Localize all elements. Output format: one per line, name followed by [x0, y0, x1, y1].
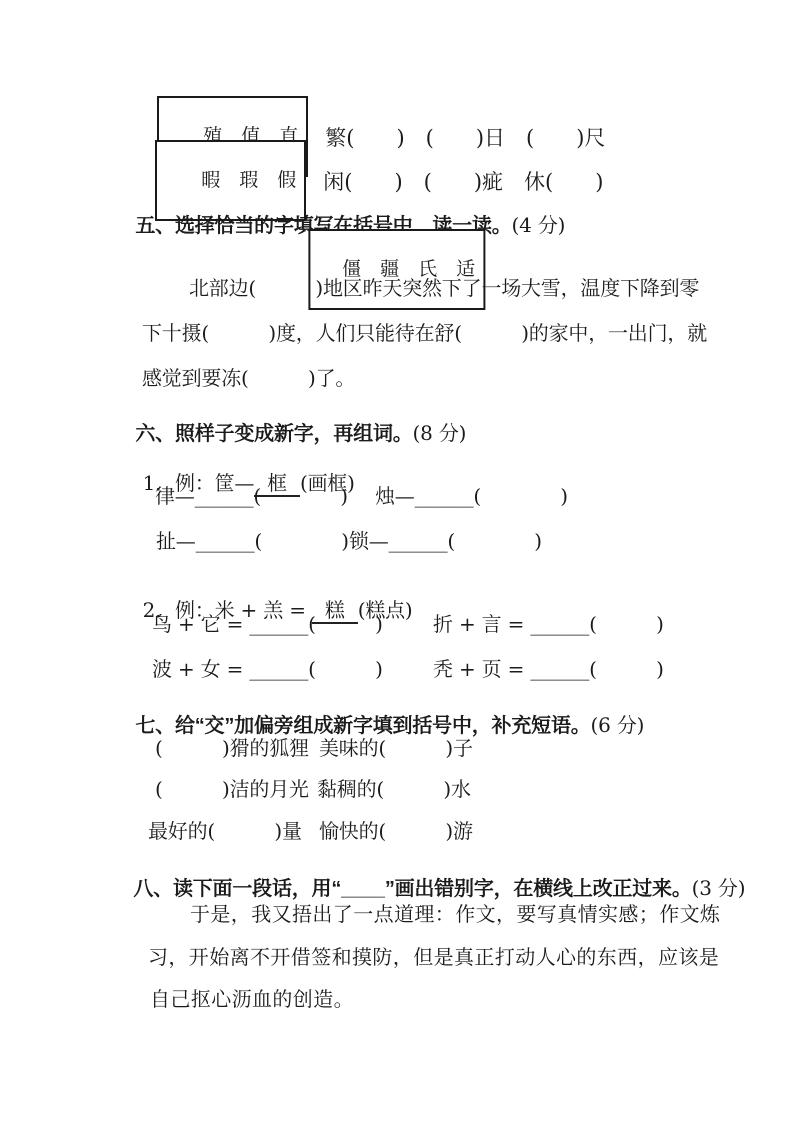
- section-points: (3 分): [692, 876, 746, 900]
- worksheet-page: 殖 值 直 繁( ) ( )日 ( )尺 暇 瑕 假 闲( ) ( )疵 休( …: [0, 0, 793, 1122]
- handwritten-line: 自己抠心沥血的创造。: [150, 983, 354, 1012]
- section-points: (6 分): [591, 713, 645, 737]
- handwritten-line: 于是，我又捂出了一点道理：作文，要写真情实感；作文炼: [190, 898, 720, 927]
- fill-blank-cell: 鸟 + 它 = ______( ): [152, 609, 383, 639]
- fill-blank-cell: 波 + 女 = ______( ): [152, 654, 383, 684]
- phrase-cell: 黏稠的( )水: [317, 774, 471, 804]
- section-points: (8 分): [413, 421, 467, 445]
- phrase-cell: ( )猾的狐狸: [155, 733, 309, 763]
- phrase-cell: ( )洁的月光: [155, 774, 309, 804]
- fill-blank-cell: 锁—______( ): [349, 526, 542, 556]
- phrase-cell: 美味的( )子: [319, 733, 473, 763]
- fill-blank-cell: 烛—______( ): [375, 481, 568, 511]
- paragraph-line: 北部边( )地区昨天突然下了一场大雪，温度下降到零: [189, 273, 699, 303]
- fill-blank-cell: 扯—______( ): [156, 526, 349, 556]
- paragraph-line: 感觉到要冻( )了。: [142, 363, 355, 393]
- section-title: 八、读下面一段话，用“____”画出错别字，在横线上改正过来。: [133, 878, 691, 900]
- fill-blank-cell: 折 + 言 = ______( ): [433, 609, 664, 639]
- fill-blank-cell: 秃 + 页 = ______( ): [433, 654, 664, 684]
- paragraph-line: 下十摄( )度，人们只能待在舒( )的家中，一出门，就: [142, 318, 707, 348]
- choice-characters: 暇 瑕 假: [201, 169, 296, 191]
- phrase-cell: 愉快的( )游: [319, 816, 473, 846]
- fill-blank-cell: 律—______( ): [155, 481, 348, 511]
- phrase-cell: 最好的( )量: [148, 816, 302, 846]
- section-points: (4 分): [512, 213, 566, 237]
- handwritten-line: 习，开始离不开借签和摸防，但是真正打动人心的东西，应该是: [148, 941, 719, 970]
